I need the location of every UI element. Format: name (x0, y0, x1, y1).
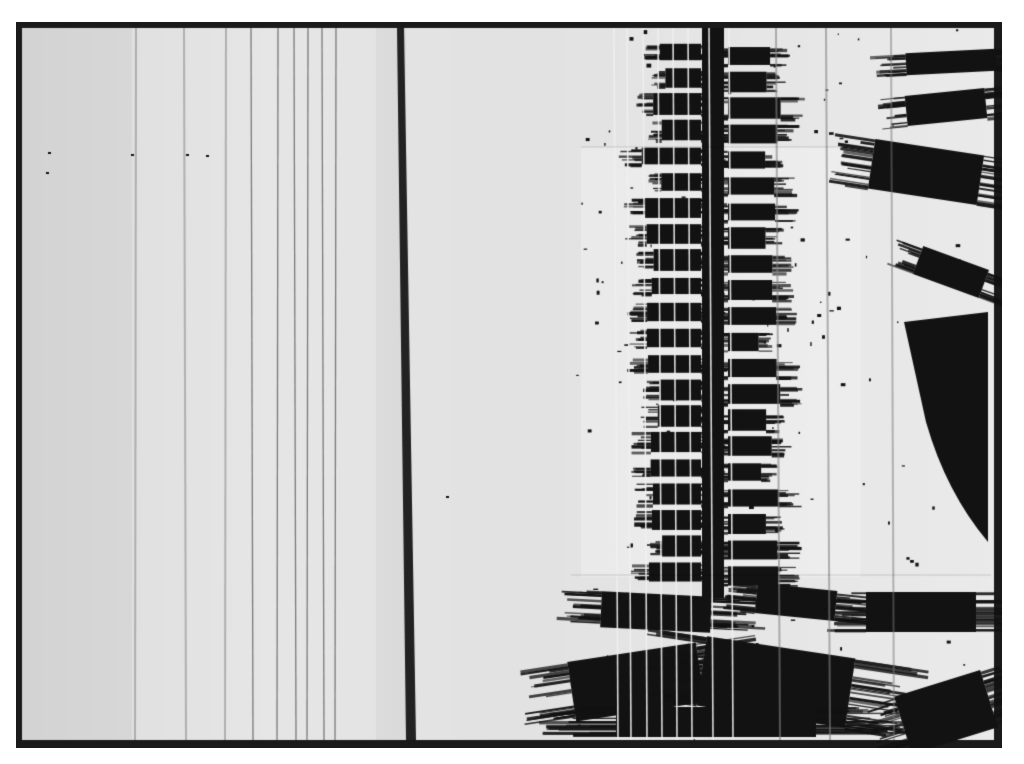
photograph-frame (16, 22, 1002, 748)
abstract-photograph (16, 22, 1002, 748)
